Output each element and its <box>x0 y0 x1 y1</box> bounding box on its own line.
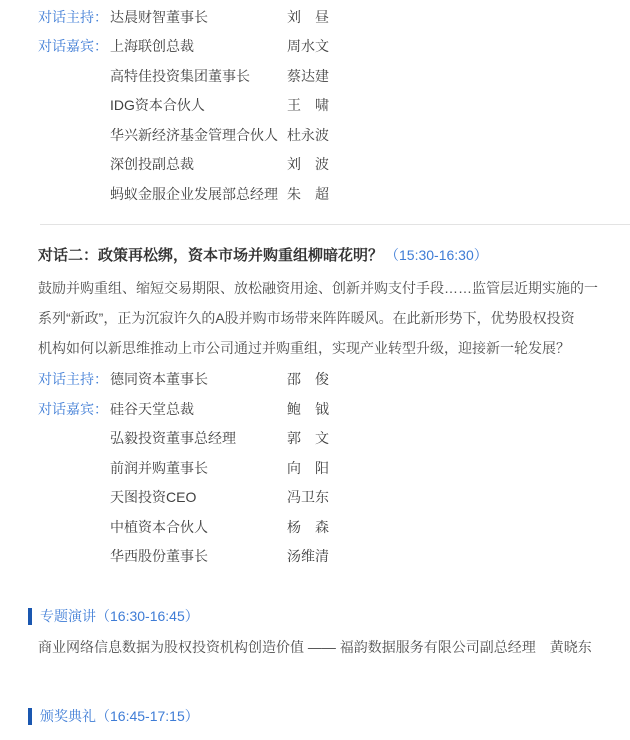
row-label: 对话嘉宾： <box>38 36 110 56</box>
participant-name: 朱 超 <box>287 184 329 204</box>
row-label: 对话嘉宾： <box>38 399 110 419</box>
participant-row: 对话嘉宾： 上海联创总裁 周水文 <box>38 32 630 62</box>
participant-title: 蚂蚁金服企业发展部总经理 <box>110 184 287 204</box>
participant-row: 华兴新经济基金管理合伙人 杜永波 <box>38 120 630 150</box>
participant-title: 华兴新经济基金管理合伙人 <box>110 125 287 145</box>
participant-title: 德同资本董事长 <box>110 369 287 389</box>
participant-name: 刘 波 <box>287 154 329 174</box>
section-marker-bar <box>28 708 32 725</box>
session2-title: 对话二：政策再松绑，资本市场并购重组柳暗花明？ <box>38 247 383 264</box>
participant-name: 周水文 <box>287 36 329 56</box>
participant-row: 深创投副总裁 刘 波 <box>38 150 630 180</box>
participant-title: 深创投副总裁 <box>110 154 287 174</box>
award-heading: 颁奖典礼（16:45-17:15） <box>28 706 630 726</box>
keynote-heading: 专题演讲（16:30-16:45） <box>28 606 630 626</box>
row-label: 对话主持： <box>38 369 110 389</box>
participant-row: 弘毅投资董事总经理 郭 文 <box>38 424 630 454</box>
participant-row: 对话主持： 德同资本董事长 邵 俊 <box>38 365 630 395</box>
participant-title: IDG资本合伙人 <box>110 95 287 115</box>
participant-name: 蔡达建 <box>287 66 329 86</box>
participant-title: 高特佳投资集团董事长 <box>110 66 287 86</box>
participant-name: 杨 森 <box>287 517 329 537</box>
participant-name: 刘 昼 <box>287 7 329 27</box>
participant-title: 天图投资CEO <box>110 487 287 507</box>
section-marker-bar <box>28 608 32 625</box>
section-divider <box>40 224 630 225</box>
keynote-topic: 商业网络信息数据为股权投资机构创造价值 —— 福韵数据服务有限公司副总经理 黄晓… <box>38 637 630 657</box>
participant-row: 蚂蚁金服企业发展部总经理 朱 超 <box>38 179 630 209</box>
participant-title: 达晨财智董事长 <box>110 7 287 27</box>
participant-name: 杜永波 <box>287 125 329 145</box>
award-heading-label: 颁奖典礼（16:45-17:15） <box>40 706 199 726</box>
participant-title: 中植资本合伙人 <box>110 517 287 537</box>
participant-name: 汤维清 <box>287 546 329 566</box>
session2-participants: 对话主持： 德同资本董事长 邵 俊 对话嘉宾： 硅谷天堂总裁 鲍 钺 弘毅投资董… <box>38 365 630 572</box>
participant-row: 华西股份董事长 汤维清 <box>38 542 630 572</box>
participant-title: 上海联创总裁 <box>110 36 287 56</box>
participant-name: 冯卫东 <box>287 487 329 507</box>
keynote-heading-label: 专题演讲（16:30-16:45） <box>40 606 199 626</box>
row-label: 对话主持： <box>38 7 110 27</box>
participant-name: 郭 文 <box>287 428 329 448</box>
participant-name: 向 阳 <box>287 458 329 478</box>
session1-participants: 对话主持： 达晨财智董事长 刘 昼 对话嘉宾： 上海联创总裁 周水文 高特佳投资… <box>38 2 630 209</box>
participant-name: 鲍 钺 <box>287 399 329 419</box>
participant-row: 中植资本合伙人 杨 森 <box>38 512 630 542</box>
description-line: 鼓励并购重组、缩短交易期限、放松融资用途、创新并购支付手段……监管层近期实施的一 <box>38 273 630 303</box>
participant-row: 对话主持： 达晨财智董事长 刘 昼 <box>38 2 630 32</box>
session2-heading: 对话二：政策再松绑，资本市场并购重组柳暗花明？（15:30-16:30） <box>38 247 630 263</box>
participant-title: 前润并购董事长 <box>110 458 287 478</box>
session2-description: 鼓励并购重组、缩短交易期限、放松融资用途、创新并购支付手段……监管层近期实施的一… <box>38 273 630 363</box>
description-line: 机构如何以新思维推动上市公司通过并购重组，实现产业转型升级，迎接新一轮发展？ <box>38 333 630 363</box>
participant-title: 华西股份董事长 <box>110 546 287 566</box>
participant-row: 对话嘉宾： 硅谷天堂总裁 鲍 钺 <box>38 394 630 424</box>
participant-title: 硅谷天堂总裁 <box>110 399 287 419</box>
participant-row: 天图投资CEO 冯卫东 <box>38 483 630 513</box>
participant-name: 王 啸 <box>287 95 329 115</box>
participant-row: 高特佳投资集团董事长 蔡达建 <box>38 61 630 91</box>
session2-time: （15:30-16:30） <box>385 247 488 263</box>
participant-row: 前润并购董事长 向 阳 <box>38 453 630 483</box>
participant-row: IDG资本合伙人 王 啸 <box>38 91 630 121</box>
description-line: 系列“新政”，正为沉寂许久的A股并购市场带来阵阵暖风。在此新形势下，优势股权投资 <box>38 303 630 333</box>
participant-name: 邵 俊 <box>287 369 329 389</box>
agenda-page: 对话主持： 达晨财智董事长 刘 昼 对话嘉宾： 上海联创总裁 周水文 高特佳投资… <box>0 0 630 726</box>
participant-title: 弘毅投资董事总经理 <box>110 428 287 448</box>
